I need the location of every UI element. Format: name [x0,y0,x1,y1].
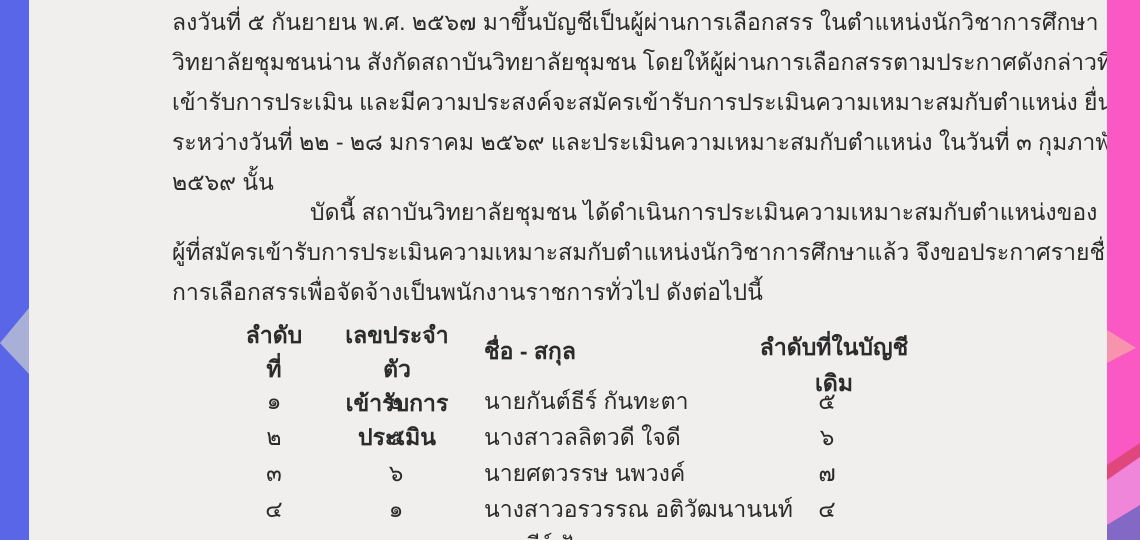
cell-old-rank: ๗ [786,458,868,488]
scanned-announcement-page: ลงวันที่ ๕ กันยายน พ.ศ. ๒๕๖๗ มาขึ้นบัญชี… [0,0,1140,540]
text-line: บัดนี้ สถาบันวิทยาลัยชุมชน ได้ดำเนินการป… [172,192,1140,232]
table-row: ๓ ๖ นายศตวรรษ นพวงค์ ๗ [29,458,1107,488]
header-line: เลขประจำตัว [336,318,458,386]
text-line: เข้ารับการประเมิน และมีความประสงค์จะสมัค… [172,82,1140,122]
table-row: ๒ ๕ นางสาวลลิตวดี ใจดี ๖ [29,422,1107,452]
table-row: ๔ ๑ นางสาวอรวรรณ อติวัฒนานนท์ ๔ [29,494,1107,524]
cell-exam-id: ๒ [355,386,437,416]
cell-old-rank: ๕ [786,386,868,416]
cell-old-rank: ๔ [786,494,868,524]
cell-order-no: ๑ [233,386,315,416]
cell-name: นายกันต์ธีร์ กันทะตา [484,386,689,416]
left-border-decoration [0,0,29,540]
cell-name: นายศตวรรษ นพวงค์ [484,458,685,488]
table-header-order-no: ลำดับ ที่ [233,318,315,386]
paragraph-2: บัดนี้ สถาบันวิทยาลัยชุมชน ได้ดำเนินการป… [172,192,1140,312]
text-line: วิทยาลัยชุมชนน่าน สังกัดสถาบันวิทยาลัยชุ… [172,42,1140,82]
header-line: ที่ [233,352,315,386]
right-border-decoration [1107,0,1140,540]
text-line: ระหว่างวันที่ ๒๒ - ๒๘ มกราคม ๒๕๖๙ และประ… [172,122,1140,162]
clipped-table-row: นายธีร์ ปัน [484,530,884,540]
text-line: ผู้ที่สมัครเข้ารับการประเมินความเหมาะสมก… [172,232,1140,272]
cell-order-no: ๓ [233,458,315,488]
text-line: ลงวันที่ ๕ กันยายน พ.ศ. ๒๕๖๗ มาขึ้นบัญชี… [172,2,1140,42]
cell-old-rank: ๖ [786,422,868,452]
cell-exam-id: ๖ [355,458,437,488]
paragraph-1: ลงวันที่ ๕ กันยายน พ.ศ. ๒๕๖๗ มาขึ้นบัญชี… [172,2,1140,202]
cell-order-no: ๔ [233,494,315,524]
text-line: การเลือกสรรเพื่อจัดจ้างเป็นพนักงานราชการ… [172,272,1140,312]
right-triangle-accent [1107,327,1136,363]
table-header-name: ชื่อ - สกุล [484,334,576,370]
table-row: ๑ ๒ นายกันต์ธีร์ กันทะตา ๕ [29,386,1107,416]
corner-stripes [1107,430,1140,540]
cell-name: นางสาวอรวรรณ อติวัฒนานนท์ [484,494,793,524]
cell-exam-id: ๕ [355,422,437,452]
document-paper: ลงวันที่ ๕ กันยายน พ.ศ. ๒๕๖๗ มาขึ้นบัญชี… [29,0,1107,540]
cell-order-no: ๒ [233,422,315,452]
cell-name: นางสาวลลิตวดี ใจดี [484,422,681,452]
left-triangle-accent [0,308,29,374]
header-line: ลำดับ [233,318,315,352]
cell-exam-id: ๑ [355,494,437,524]
